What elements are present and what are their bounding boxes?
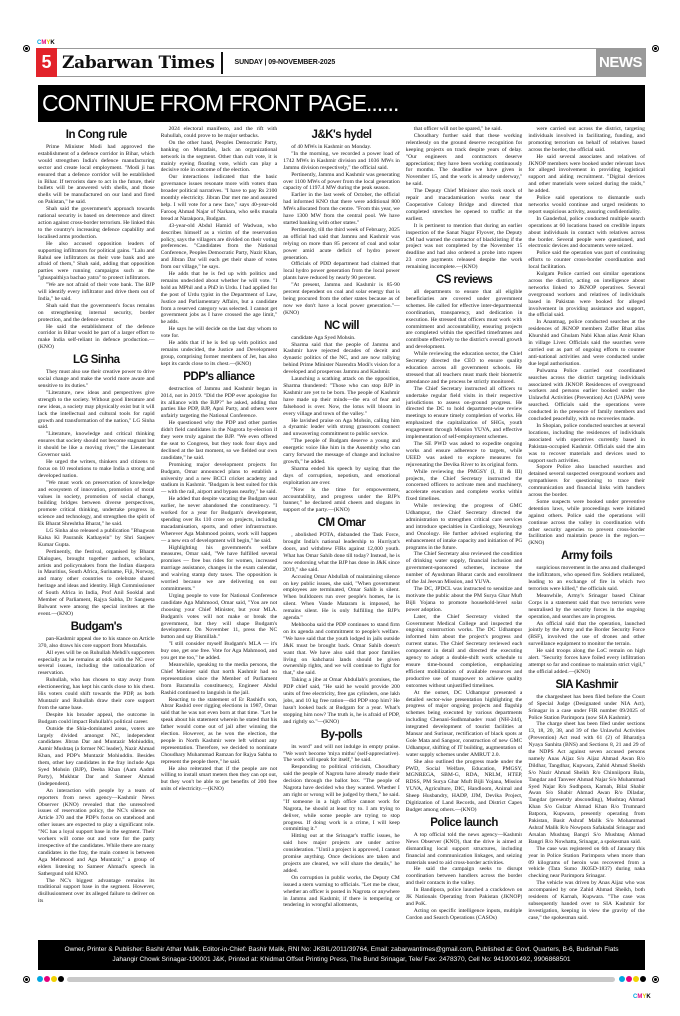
- story-paragraph: "Now is the time for empowerment, accoun…: [283, 487, 400, 515]
- color-dot: [58, 976, 64, 982]
- story: PDP's alliancedestruction of Jammu and K…: [161, 371, 278, 793]
- story-paragraph: Urging people to vote for National Confe…: [161, 593, 278, 641]
- story-headline: J&K's hydel: [283, 129, 400, 142]
- story-paragraph: It is pertinent to mention that during a…: [406, 223, 523, 271]
- story-paragraph: Pulwama Police carried out coordinated s…: [528, 368, 645, 423]
- story: CM Omar, abolished POTA, disbanded the T…: [283, 517, 400, 725]
- story-paragraph: destruction of Jammu and Kashmir began i…: [161, 386, 278, 421]
- masthead: 5 Zabarwan Times SUNDAY | 09-NOVEMBER-20…: [36, 48, 646, 77]
- registration-mark-bottom-right: [652, 976, 659, 983]
- story: Army foilssuspicious movement in the are…: [528, 550, 645, 676]
- story-paragraph: They must also use their creative power …: [38, 369, 155, 390]
- story-headline: Police launch: [406, 817, 523, 830]
- story-paragraph: Officials of PDD department had claimed …: [283, 261, 400, 282]
- section-tag: NEWS: [596, 49, 645, 76]
- cmyk-label-bottom: CMYK: [633, 994, 651, 1000]
- registration-mark-bottom-left: [23, 976, 30, 983]
- story: Police launchA top official told the new…: [406, 817, 523, 922]
- column-1: In Cong rulePrime Minister Modi had appr…: [38, 126, 155, 928]
- imprint-line-2: Jahangir Chowk Srinagar-190001 J&K, Prin…: [38, 955, 645, 965]
- story-paragraph: Shah said the government's approach towa…: [38, 206, 155, 241]
- story-paragraph: Later, the Chief Secretary visited the G…: [406, 614, 523, 690]
- story-paragraph: Pertinently, till the third week of Febr…: [283, 227, 400, 262]
- story-headline: In Cong rule: [38, 129, 155, 142]
- column-4: that officer will not be spared," he sai…: [406, 126, 523, 928]
- story-paragraph: Launching a scathing attack on the oppos…: [283, 376, 400, 417]
- color-dot: [619, 976, 625, 982]
- story-paragraph: The Chief Secretary instructed all offic…: [406, 386, 523, 441]
- story-paragraph: An interaction with people by a team of …: [38, 788, 155, 878]
- story: CS reviewsall departments to ensure that…: [406, 274, 523, 814]
- gray-print-bar: [67, 977, 615, 982]
- column-3: J&K's hydelof 40 MWs in Kashmir on Monda…: [283, 126, 400, 928]
- story-paragraph: Earlier in the last week of October, the…: [283, 192, 400, 227]
- story-headline: By-polls: [283, 729, 400, 742]
- story-paragraph: pan-Kashmir appeal due to his stance on …: [38, 636, 155, 650]
- story-paragraph: He said troops along the LoC remain on h…: [528, 648, 645, 676]
- story-paragraph: Sharma said that the people of Jammu and…: [283, 342, 400, 377]
- story-paragraph: "We are not afraid of their vote bank. T…: [38, 282, 155, 303]
- page-banner: CONTINUE FROM FRONT PAGE......: [38, 85, 645, 122]
- story-paragraph: Our interactions indicated that the basi…: [161, 174, 278, 222]
- story-paragraph: Outside the Shia-dominated areas, voters…: [38, 726, 155, 788]
- story-paragraph: The NC's biggest advantage remains its t…: [38, 878, 155, 906]
- story-paragraph: , abolished POTA, disbanded the Task For…: [283, 532, 400, 573]
- story-paragraph: candidate Aga Syed Mohsin.: [283, 335, 400, 342]
- registration-mark-top-right: [652, 45, 659, 52]
- story-paragraph: Accusing Omar Abdullah of maintaining si…: [283, 574, 400, 622]
- issue-date: SUNDAY | 09-NOVEMBER-2025: [235, 59, 336, 66]
- color-dot: [633, 976, 639, 982]
- story: Budgam'span-Kashmir appeal due to his st…: [38, 621, 155, 905]
- story-paragraph: Pertinently, Jammu and Kashmir was gener…: [283, 172, 400, 193]
- story-paragraph: He lavished praise on Aga Mohsin, callin…: [283, 418, 400, 439]
- story-paragraph: He says he will decide on the last day w…: [161, 326, 278, 340]
- story-paragraph: Choudhary further said that these workin…: [406, 133, 523, 188]
- story: that officer will not be spared," he sai…: [406, 126, 523, 271]
- story-paragraph: "In the morning, we recorded a power loa…: [283, 151, 400, 172]
- story: In Cong rulePrime Minister Modi had appr…: [38, 129, 155, 351]
- story-paragraph: He said the establishment of the defence…: [38, 324, 155, 352]
- story-paragraph: its word" and will not indulge in empty …: [283, 744, 400, 765]
- story: LG SinhaThey must also use their creativ…: [38, 354, 155, 618]
- story: 2024 electoral manifesto, and the rift w…: [161, 126, 278, 368]
- page-number: 5: [36, 48, 57, 77]
- story-paragraph: He adds that he is fed up with politics …: [161, 271, 278, 326]
- story-paragraph: Responding to political criticism, Choud…: [283, 764, 400, 833]
- story-headline: CM Omar: [283, 517, 400, 530]
- story-paragraph: Taking a jibe at Omar Abdullah's promise…: [283, 677, 400, 725]
- story-paragraph: The SE PWD was asked to expedite ongoing…: [406, 441, 523, 469]
- story-headline: SIA Kashmir: [528, 679, 645, 692]
- story-paragraph: Hitting out at the Srinagar's traffic is…: [283, 833, 400, 874]
- story-paragraph: In Shopian, police conducted searches at…: [528, 423, 645, 464]
- story-paragraph: While reviewing the education sector, th…: [406, 351, 523, 386]
- story-paragraph: He said several associates and relatives…: [528, 154, 645, 195]
- story-paragraph: On the other hand, Peoples Democratic Pa…: [161, 140, 278, 175]
- color-dots-left: [37, 976, 64, 982]
- story-paragraph: all departments to ensure that all eligi…: [406, 289, 523, 351]
- story-paragraph: The Chief Secretary also reviewed the co…: [406, 551, 523, 586]
- color-dot: [44, 976, 50, 982]
- article-columns: In Cong rulePrime Minister Modi had appr…: [38, 126, 645, 928]
- story-paragraph: Police said the operation was part of co…: [528, 250, 645, 271]
- story-headline: CS reviews: [406, 274, 523, 287]
- story-headline: Budgam's: [38, 621, 155, 634]
- story-paragraph: Shah said that the government's focus re…: [38, 303, 155, 324]
- story-paragraph: that officer will not be spared," he sai…: [406, 126, 523, 133]
- story-paragraph: In Ganderbal, police conducted multiple …: [528, 216, 645, 251]
- story-paragraph: Prime Minister Modi had approved the est…: [38, 144, 155, 206]
- story-paragraph: Promising major development projects for…: [161, 462, 278, 497]
- story-paragraph: He said the campaign seeks to disrupt co…: [406, 866, 523, 887]
- registration-mark-top-left: [23, 45, 30, 52]
- imprint-footer: Owner, Printer & Publisher: Bashir Athar…: [38, 940, 645, 970]
- story: were carried out across the district, ta…: [528, 126, 645, 547]
- story-paragraph: Pertinently, the festival, organised by …: [38, 549, 155, 618]
- story: By-pollsits word" and will not indulge i…: [283, 729, 400, 910]
- story-paragraph: Highlighting his government's welfare me…: [161, 545, 278, 593]
- story-paragraph: He questioned why the PDP and other part…: [161, 420, 278, 461]
- story-paragraph: An official said that the operation, lau…: [528, 621, 645, 649]
- story-paragraph: The case was registered on 6th of Januar…: [528, 846, 645, 881]
- story-paragraph: were carried out across the district, ta…: [528, 126, 645, 154]
- color-dot: [626, 976, 632, 982]
- story-paragraph: Despite his broader appeal, the outcome …: [38, 712, 155, 726]
- story-paragraph: He adds that if he is fed up with politi…: [161, 340, 278, 368]
- story-headline: LG Sinha: [38, 354, 155, 367]
- story-paragraph: the chargesheet has been filed before th…: [528, 694, 645, 722]
- story-paragraph: 43-year-old Abdul Hamid of Wadwan, who d…: [161, 223, 278, 271]
- story: SIA Kashmirthe chargesheet has been file…: [528, 679, 645, 922]
- story-paragraph: The vehicle was driven by Anas Aijaz who…: [528, 880, 645, 921]
- story-paragraph: The DC, JPDCL was instructed to sensitiz…: [406, 586, 523, 614]
- story-paragraph: The Deputy Chief Minister also took stoc…: [406, 188, 523, 223]
- story-paragraph: In Anantnag, police conducted searches a…: [528, 319, 645, 367]
- color-dot: [640, 976, 646, 982]
- column-5: were carried out across the district, ta…: [528, 126, 645, 928]
- story-headline: Army foils: [528, 550, 645, 563]
- story-paragraph: "Literature, new ideas and perspectives …: [38, 390, 155, 431]
- masthead-divider: [221, 52, 223, 74]
- story-paragraph: Sharma ended his speech by saying that t…: [283, 466, 400, 487]
- story-paragraph: 2024 electoral manifesto, and the rift w…: [161, 126, 278, 140]
- color-dot: [51, 976, 57, 982]
- story: NC willcandidate Aga Syed Mohsin.Sharma …: [283, 320, 400, 515]
- story-paragraph: "We must work on preservation of knowled…: [38, 480, 155, 528]
- story-paragraph: She also outlined the progress made unde…: [406, 759, 523, 814]
- story-paragraph: Meanwhile, Army's Srinagar based Chinar …: [528, 593, 645, 621]
- story-paragraph: "At present, Jammu and Kashmir is 85-90 …: [283, 282, 400, 317]
- story-paragraph: Reacting to the statement of Er Rashid's…: [161, 697, 278, 766]
- story-paragraph: "The people of Budgam deserve a young an…: [283, 438, 400, 466]
- story-paragraph: "I still consider myself Budgam's MLA — …: [161, 641, 278, 662]
- story-paragraph: All eyes will be on Ruhullah Mehdi's sup…: [38, 650, 155, 678]
- story-paragraph: "Literature, knowledge and critical thin…: [38, 431, 155, 459]
- story-paragraph: He added that despite vacating the Budga…: [161, 496, 278, 544]
- story-paragraph: Acting on specific intelligence inputs, …: [406, 908, 523, 922]
- story-paragraph: While reviewing the PMGSY (I, II & III) …: [406, 469, 523, 504]
- story-paragraph: Kulgam Police carried out similar operat…: [528, 271, 645, 319]
- story-paragraph: Ruhullah, who has chosen to stay away fr…: [38, 677, 155, 712]
- column-2: 2024 electoral manifesto, and the rift w…: [161, 126, 278, 928]
- color-dot: [37, 976, 43, 982]
- story-paragraph: In Bandipora, police launched a crackdow…: [406, 887, 523, 908]
- story-paragraph: Police said operations to dismantle such…: [528, 195, 645, 216]
- story-paragraph: At the outset, DC Udhampur presented a d…: [406, 690, 523, 759]
- story: J&K's hydelof 40 MWs in Kashmir on Monda…: [283, 129, 400, 317]
- paper-name: Zabarwan Times: [62, 53, 215, 73]
- imprint-line-1: Owner, Printer & Publisher: Bashir Athar…: [38, 945, 645, 955]
- story-paragraph: Sopore Police also launched searches and…: [528, 464, 645, 499]
- story-paragraph: Meanwhile, speaking to the media persons…: [161, 662, 278, 697]
- cmyk-label-top: CMYK: [37, 40, 55, 46]
- story-paragraph: A top official told the news agency—Kash…: [406, 832, 523, 867]
- story-paragraph: He also accused opposition leaders of su…: [38, 241, 155, 282]
- story-headline: NC will: [283, 320, 400, 333]
- color-dots-right: [619, 976, 646, 982]
- story-paragraph: Some suspects were booked under preventi…: [528, 499, 645, 547]
- story-paragraph: He also reiterated that if the people ar…: [161, 766, 278, 794]
- story-paragraph: suspicious movement in the area and chal…: [528, 565, 645, 593]
- story-paragraph: He urged the writers, thinkers and citiz…: [38, 459, 155, 480]
- story-paragraph: The charge sheet has been filed under se…: [528, 721, 645, 845]
- story-paragraph: Mehbooba said the PDP continues to stand…: [283, 622, 400, 677]
- story-paragraph: LG Sinha also released a publication "Bh…: [38, 528, 155, 549]
- story-paragraph: of 40 MWs in Kashmir on Monday.: [283, 144, 400, 151]
- story-paragraph: On corruption in public works, the Deput…: [283, 875, 400, 910]
- story-headline: PDP's alliance: [161, 371, 278, 384]
- story-paragraph: While reviewing the progress of GMC Udha…: [406, 503, 523, 551]
